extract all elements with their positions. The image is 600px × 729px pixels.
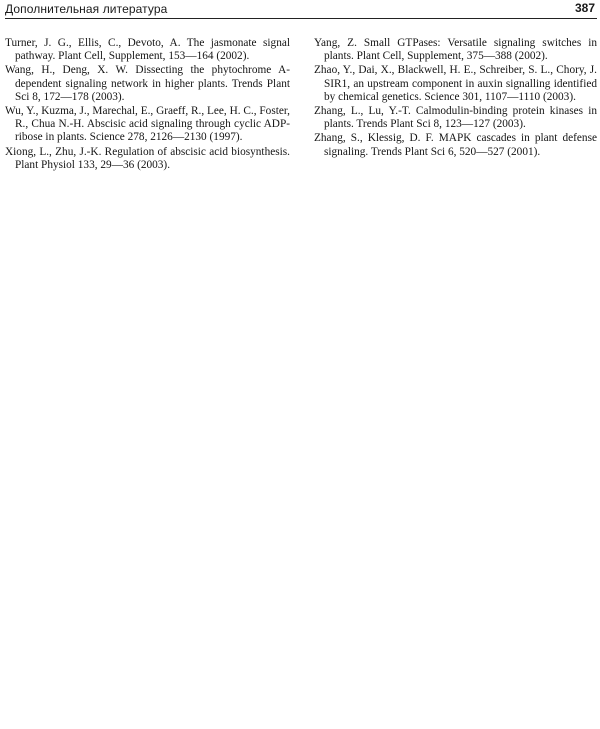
running-title: Дополнительная литература (5, 2, 167, 16)
reference-entry: Zhao, Y., Dai, X., Blackwell, H. E., Sch… (312, 64, 597, 104)
page-number: 387 (575, 1, 595, 15)
reference-entry: Xiong, L., Zhu, J.-K. Regulation of absc… (5, 146, 290, 172)
reference-column-right: Yang, Z. Small GTPases: Versatile signal… (312, 37, 597, 173)
reference-entry: Wang, H., Deng, X. W. Dissecting the phy… (5, 64, 290, 104)
reference-entry: Yang, Z. Small GTPases: Versatile signal… (312, 37, 597, 63)
page-header: Дополнительная литература 387 (5, 0, 597, 19)
reference-entry: Turner, J. G., Ellis, C., Devoto, A. The… (5, 37, 290, 63)
reference-entry: Zhang, S., Klessig, D. F. MAPK cascades … (312, 132, 597, 158)
reference-entry: Wu, Y., Kuzma, J., Marechal, E., Graeff,… (5, 105, 290, 145)
reference-list: Turner, J. G., Ellis, C., Devoto, A. The… (5, 37, 597, 173)
reference-entry: Zhang, L., Lu, Y.-T. Calmodulin-binding … (312, 105, 597, 131)
reference-column-left: Turner, J. G., Ellis, C., Devoto, A. The… (5, 37, 290, 173)
